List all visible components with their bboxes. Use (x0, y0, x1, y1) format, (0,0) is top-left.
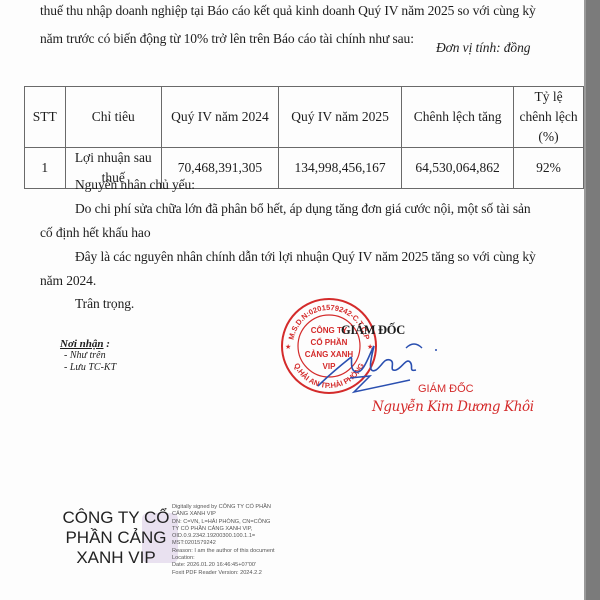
vertical-scrollbar[interactable] (584, 0, 600, 600)
digital-line: Reason: I am the author of this document (172, 548, 302, 555)
document-page: thuế thu nhập doanh nghiệp tại Báo cáo k… (0, 0, 584, 600)
reason-line-1: Do chi phí sửa chữa lớn đã phân bổ hết, … (75, 201, 531, 217)
signer-name: Nguyễn Kim Dương Khôi (372, 399, 534, 415)
svg-text:★: ★ (285, 343, 291, 351)
intro-line-1: thuế thu nhập doanh nghiệp tại Báo cáo k… (40, 3, 536, 19)
header-increase: Chênh lệch tăng (402, 87, 514, 148)
digital-signature-details: Digitally signed by CÔNG TY CỔ PHẦN CẢNG… (172, 504, 302, 577)
conclusion-line-2: năm 2024. (40, 273, 96, 289)
header-ratio: Tỷ lệ chênh lệch (%) (514, 87, 584, 148)
recipients-block: Nơi nhận : - Như trên - Lưu TC-KT (60, 338, 116, 374)
conclusion-line-1: Đây là các nguyên nhân chính dẫn tới lợi… (75, 249, 536, 265)
header-indicator: Chỉ tiêu (65, 87, 161, 148)
digital-line: Location: (172, 555, 302, 562)
closing-text: Trân trọng. (75, 296, 134, 312)
recipients-heading: Nơi nhận : (60, 338, 116, 350)
digital-line: DN: C=VN, L=HẢI PHÒNG, CN=CÔNG (172, 519, 302, 526)
header-q4-2025: Quý IV năm 2025 (278, 87, 401, 148)
digital-line: OID.0.9.2342.19200300.100.1.1= (172, 533, 302, 540)
digital-line: MST:0201579242 (172, 540, 302, 547)
digital-line: CẢNG XANH VIP (172, 511, 302, 518)
digital-line: TY CỔ PHẦN CẢNG XANH VIP, (172, 526, 302, 533)
digital-signer-company: CÔNG TY CỔ PHẦN CẢNG XANH VIP (62, 508, 170, 568)
recipient-item: - Như trên (64, 350, 116, 362)
cell-ratio: 92% (514, 148, 584, 189)
profit-table: STT Chỉ tiêu Quý IV năm 2024 Quý IV năm … (24, 86, 584, 189)
intro-line-2: năm trước có biến động từ 10% trở lên tr… (40, 31, 414, 47)
signer-title-red: GIÁM ĐỐC (418, 383, 474, 395)
cell-increase: 64,530,064,862 (402, 148, 514, 189)
reason-line-2: cố định hết khấu hao (40, 225, 150, 241)
unit-label: Đơn vị tính: đồng (436, 40, 530, 56)
header-stt: STT (25, 87, 66, 148)
digital-line: Foxit PDF Reader Version: 2024.2.2 (172, 570, 302, 577)
recipient-item: - Lưu TC-KT (64, 362, 116, 374)
reason-heading: Nguyên nhân chủ yếu: (75, 177, 195, 193)
cell-q4-2025: 134,998,456,167 (278, 148, 401, 189)
digital-line: Date: 2026.01.20 16:46:45+07'00' (172, 562, 302, 569)
header-q4-2024: Quý IV năm 2024 (162, 87, 279, 148)
cell-stt: 1 (25, 148, 66, 189)
table-header-row: STT Chỉ tiêu Quý IV năm 2024 Quý IV năm … (25, 87, 584, 148)
